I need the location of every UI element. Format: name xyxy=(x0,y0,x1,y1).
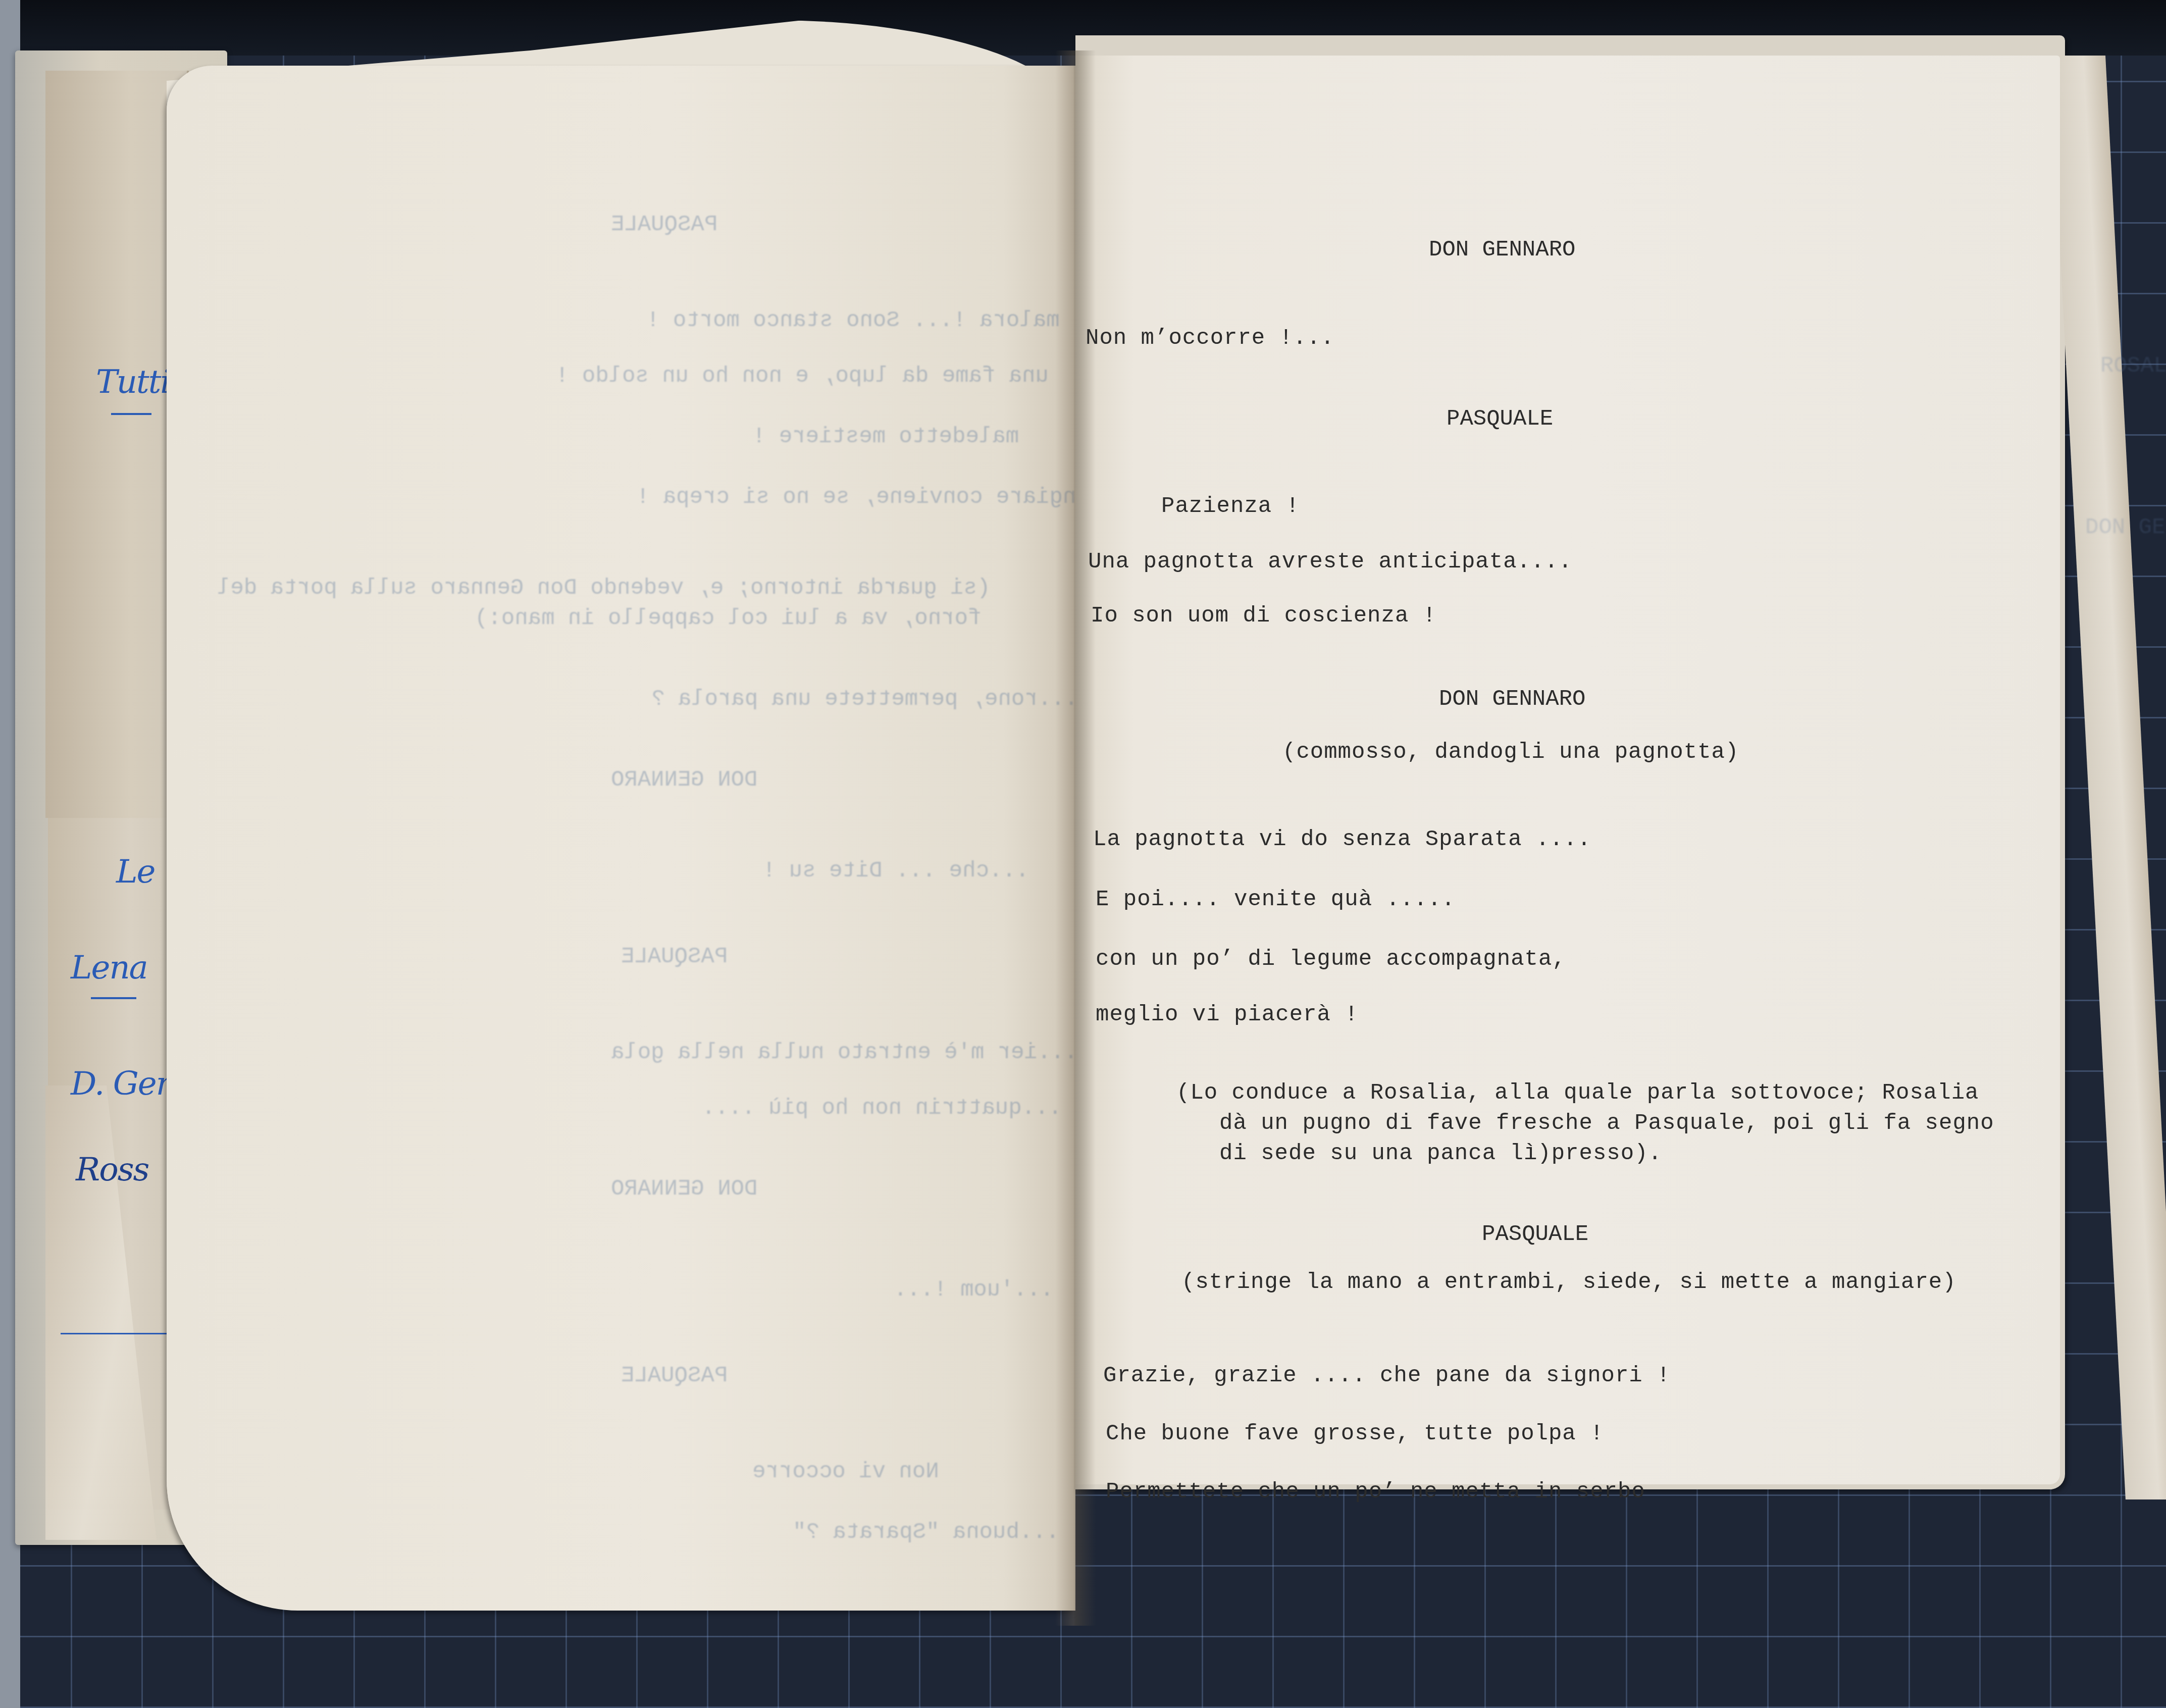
stage-direction: (commosso, dandogli una pagnotta) xyxy=(1282,740,1739,765)
underline xyxy=(91,997,136,999)
dialogue-line: La pagnotta vi do senza Sparata .... xyxy=(1093,827,1591,852)
stage-direction: dà un pugno di fave fresche a Pasquale, … xyxy=(1219,1111,1994,1136)
stage-direction: di sede su una panca lì)presso). xyxy=(1219,1141,1662,1166)
show-through-text: ...'uom !... xyxy=(894,1277,1054,1303)
show-through-text: DON GENNARO xyxy=(611,767,757,793)
show-through-text: mangiare conviene, se no si crepa ! xyxy=(636,485,1103,510)
dialogue-line: Pazienza ! xyxy=(1161,494,1300,519)
dialogue-line: con un po’ di legume accompagnata, xyxy=(1096,947,1566,972)
stage-direction: (stringe la mano a entrambi, siede, si m… xyxy=(1181,1270,1956,1295)
speaker-name: PASQUALE xyxy=(1447,406,1553,432)
handwritten-note: Tutti xyxy=(96,364,170,401)
show-through-text: ...quattrin non ho più .... xyxy=(702,1096,1062,1121)
show-through-text: ...rone, permettete una parola ? xyxy=(651,687,1078,712)
dialogue-line: Che buone fave grosse, tutte polpa ! xyxy=(1106,1421,1604,1446)
speaker-name: DON GENNARO xyxy=(1439,687,1585,712)
dialogue-line: Permettete che un po’ ne metta in serbo xyxy=(1106,1479,1645,1505)
dialogue-line: meglio vi piacerà ! xyxy=(1096,1002,1359,1027)
stage-direction: (Lo conduce a Rosalia, alla quale parla … xyxy=(1176,1080,1979,1106)
handwritten-note: Ross xyxy=(76,1151,148,1188)
show-through-text: ...buona "Sparata ?" xyxy=(793,1520,1059,1545)
dialogue-line: Io son uom di coscienza ! xyxy=(1091,603,1436,629)
show-through-text: Non vi occorre xyxy=(752,1459,939,1484)
show-through-text: PASQUALE xyxy=(611,212,717,237)
show-through-text: una fame da lupo, e non ho un soldo ! xyxy=(555,364,1049,389)
left-page: PASQUALE malora !... Sono stanco morto !… xyxy=(167,66,1075,1611)
show-through-text: ...ier m'è entrato nulla nella gola xyxy=(611,1040,1077,1065)
dialogue-line: Non m’occorre !... xyxy=(1086,326,1334,351)
speaker-name: DON GENNARO xyxy=(1429,237,1575,263)
dialogue-line: E poi.... venite quà ..... xyxy=(1096,887,1456,912)
show-through-text: PASQUALE xyxy=(621,944,728,969)
handwritten-note: D. Gen xyxy=(71,1065,176,1103)
dialogue-line: Grazie, grazie .... che pane da signori … xyxy=(1103,1363,1671,1388)
show-through-text: forno, va a lui col cappello in mano:) xyxy=(475,606,981,631)
handwritten-note: Lena xyxy=(71,949,147,987)
dialogue-line: Una pagnotta avreste anticipata.... xyxy=(1088,549,1572,575)
handwritten-rule xyxy=(61,1333,182,1334)
show-through-text: ROSALIA xyxy=(2100,353,2166,379)
show-through-text: ...che ... Dite su ! xyxy=(762,858,1029,884)
show-through-text: PASQUALE xyxy=(621,1363,728,1388)
show-through-text: maledetto mestiere ! xyxy=(752,424,1019,449)
show-through-text: (si guarda intorno; e, vedendo Don Genna… xyxy=(217,576,990,601)
show-through-text: malora !... Sono stanco morto ! xyxy=(646,308,1060,333)
show-through-text: DON GENNARO xyxy=(2085,515,2166,540)
show-through-text: DON GENNARO xyxy=(611,1176,757,1202)
underline xyxy=(111,413,151,415)
handwritten-note: Le xyxy=(116,853,154,891)
speaker-name: PASQUALE xyxy=(1482,1222,1588,1247)
